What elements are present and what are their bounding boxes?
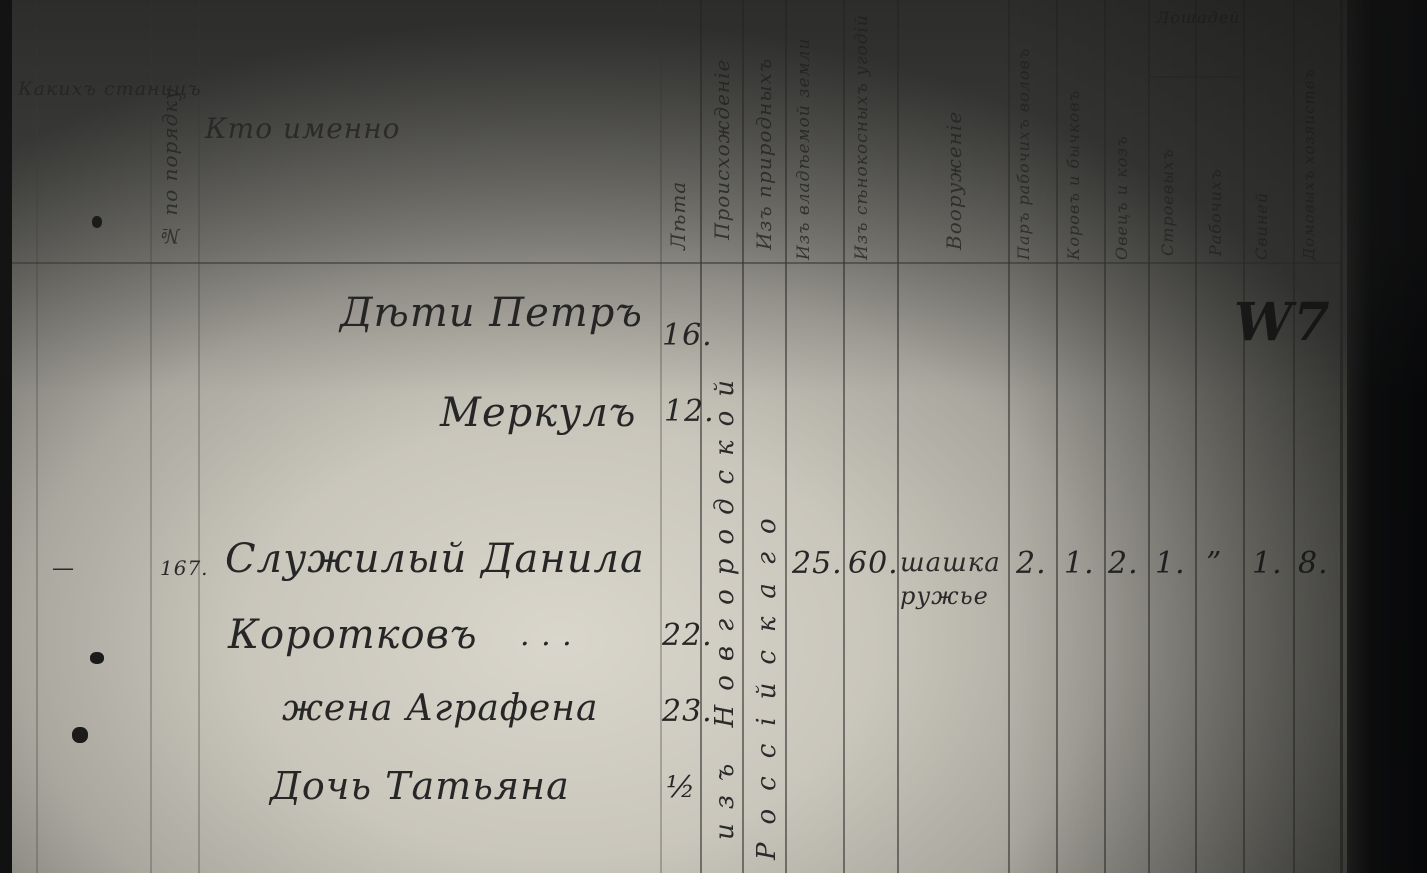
- entry-number: 167.: [160, 556, 209, 580]
- column-rule: [660, 0, 662, 873]
- header-land-hayfield: Изъ сѣнокосныхъ угодій: [852, 10, 872, 260]
- header-horses-saddle: Строевыхъ: [1158, 86, 1177, 256]
- header-number: № по порядку: [158, 8, 182, 248]
- sheep: 2.: [1108, 546, 1139, 581]
- page-edge: [1340, 0, 1343, 873]
- arms-line2: ружье: [900, 582, 989, 610]
- entry-name-line2: Коротковъ: [228, 612, 478, 658]
- header-horses-group: Лошадей: [1156, 8, 1241, 27]
- entry-daughter: Дочь Татьяна: [270, 764, 570, 808]
- left-margin-dash: —: [52, 556, 75, 581]
- entry-name-line1: Служилый Данила: [225, 536, 645, 582]
- margin-mark: W7: [1234, 292, 1331, 353]
- column-rule: [742, 0, 744, 873]
- header-sheep: Овецъ и козъ: [1112, 10, 1131, 260]
- column-rule: [1195, 0, 1197, 873]
- column-rule: [700, 0, 702, 873]
- entry-dots: . . .: [520, 618, 573, 653]
- header-land-arable: Изъ владѣемой земли: [794, 10, 814, 260]
- household: 8.: [1298, 546, 1329, 581]
- column-rule: [1243, 0, 1245, 873]
- ink-blot: [72, 727, 88, 743]
- ink-blot: [90, 652, 104, 664]
- column-rule: [897, 0, 899, 873]
- land-hayfield: 60.: [848, 546, 899, 581]
- entry-wife: жена Аграфена: [282, 688, 598, 729]
- book-binding-shadow: [0, 0, 12, 873]
- column-rule: [1293, 0, 1295, 873]
- document-page: Какихъ станицъ № по порядку Кто именно Л…: [0, 0, 1427, 873]
- column-rule: [198, 0, 200, 873]
- header-birth: Происхожденіе: [710, 10, 734, 240]
- origin-vertical: изъ Новгородской: [710, 520, 740, 840]
- estate-vertical: Россійскаго: [752, 300, 782, 860]
- horses-group-rule: [1148, 76, 1244, 78]
- age-petr: 16.: [662, 318, 713, 353]
- horses-work: ”: [1206, 546, 1222, 581]
- age-danila: 22.: [662, 618, 713, 653]
- header-household: Домовыхъ хозяйствъ: [1300, 10, 1318, 260]
- age-wife: 23.: [662, 694, 713, 729]
- column-rule: [1148, 0, 1150, 873]
- column-rule: [1104, 0, 1106, 873]
- column-rule: [150, 0, 152, 873]
- header-horses-work: Рабочихъ: [1206, 86, 1225, 256]
- background-dark-edge: [1347, 0, 1427, 873]
- header-who: Кто именно: [205, 112, 401, 145]
- entry-merkul: Меркулъ: [440, 390, 636, 436]
- working-oxen: 2.: [1016, 546, 1047, 581]
- header-age: Лѣта: [666, 80, 690, 250]
- header-cows: Коровъ и бычковъ: [1064, 10, 1083, 260]
- age-merkul: 12.: [664, 394, 715, 429]
- column-rule: [1008, 0, 1010, 873]
- header-estate: Изъ природныхъ: [752, 10, 776, 250]
- header-arms: Вооруженіе: [942, 20, 966, 250]
- arms-line1: шашка: [900, 548, 1001, 578]
- age-daughter: ½: [666, 770, 696, 805]
- column-rule: [785, 0, 787, 873]
- cows: 1.: [1064, 546, 1095, 581]
- ink-blot: [92, 216, 102, 228]
- horses-saddle: 1.: [1155, 546, 1186, 581]
- column-rule: [36, 0, 38, 873]
- land-arable: 25.: [792, 546, 843, 581]
- header-working-oxen: Паръ рабочихъ воловъ: [1014, 10, 1033, 260]
- column-rule: [843, 0, 845, 873]
- pigs: 1.: [1252, 546, 1283, 581]
- header-bottom-rule: [12, 262, 1342, 264]
- column-rule: [1056, 0, 1058, 873]
- header-pigs: Свиней: [1252, 10, 1271, 260]
- entry-children-petr: Дѣти Петръ: [340, 290, 643, 336]
